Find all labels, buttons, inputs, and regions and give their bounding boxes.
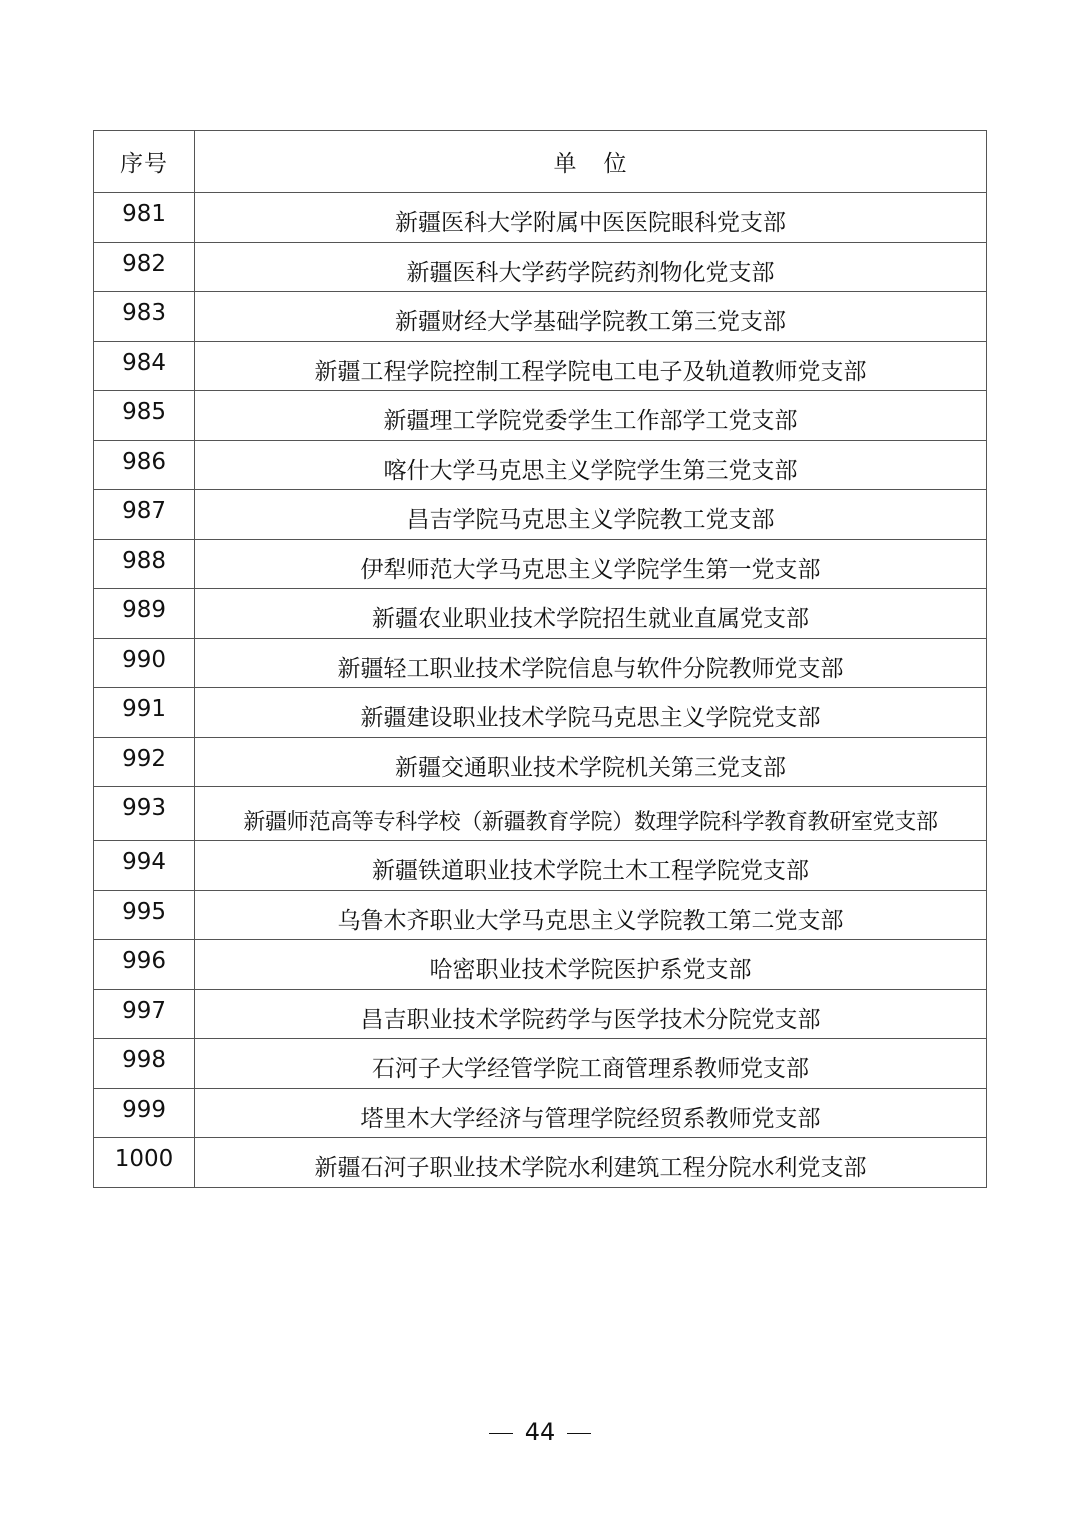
footer-dash-right — [567, 1433, 591, 1434]
row-unit: 昌吉职业技术学院药学与医学技术分院党支部 — [195, 989, 987, 1039]
row-unit: 石河子大学经管学院工商管理系教师党支部 — [195, 1039, 987, 1089]
row-number: 986 — [94, 440, 195, 490]
row-unit: 新疆轻工职业技术学院信息与软件分院教师党支部 — [195, 638, 987, 688]
header-unit: 单位 — [195, 131, 987, 193]
row-number: 981 — [94, 193, 195, 243]
table-row: 987 昌吉学院马克思主义学院教工党支部 — [94, 490, 987, 540]
table-row: 991 新疆建设职业技术学院马克思主义学院党支部 — [94, 688, 987, 738]
row-unit: 新疆工程学院控制工程学院电工电子及轨道教师党支部 — [195, 341, 987, 391]
row-number: 995 — [94, 890, 195, 940]
row-number: 988 — [94, 539, 195, 589]
row-number: 987 — [94, 490, 195, 540]
row-unit: 喀什大学马克思主义学院学生第三党支部 — [195, 440, 987, 490]
row-number: 999 — [94, 1088, 195, 1138]
row-unit: 新疆铁道职业技术学院土木工程学院党支部 — [195, 841, 987, 891]
row-unit: 新疆医科大学附属中医医院眼科党支部 — [195, 193, 987, 243]
row-unit: 昌吉学院马克思主义学院教工党支部 — [195, 490, 987, 540]
row-unit: 新疆理工学院党委学生工作部学工党支部 — [195, 391, 987, 441]
header-number: 序号 — [94, 131, 195, 193]
page-number: 44 — [525, 1418, 556, 1446]
row-unit: 新疆石河子职业技术学院水利建筑工程分院水利党支部 — [195, 1138, 987, 1188]
row-number: 991 — [94, 688, 195, 738]
row-number: 1000 — [94, 1138, 195, 1188]
row-unit: 新疆交通职业技术学院机关第三党支部 — [195, 737, 987, 787]
row-unit: 新疆师范高等专科学校（新疆教育学院）数理学院科学教育教研室党支部 — [195, 787, 987, 841]
row-number: 996 — [94, 940, 195, 990]
table-row: 996 哈密职业技术学院医护系党支部 — [94, 940, 987, 990]
row-number: 990 — [94, 638, 195, 688]
table-row: 989 新疆农业职业技术学院招生就业直属党支部 — [94, 589, 987, 639]
row-unit: 新疆财经大学基础学院教工第三党支部 — [195, 292, 987, 342]
table-row: 985 新疆理工学院党委学生工作部学工党支部 — [94, 391, 987, 441]
table-row: 1000 新疆石河子职业技术学院水利建筑工程分院水利党支部 — [94, 1138, 987, 1188]
table-row: 997 昌吉职业技术学院药学与医学技术分院党支部 — [94, 989, 987, 1039]
table-row: 981 新疆医科大学附属中医医院眼科党支部 — [94, 193, 987, 243]
row-number: 998 — [94, 1039, 195, 1089]
row-unit: 新疆医科大学药学院药剂物化党支部 — [195, 242, 987, 292]
table-header-row: 序号 单位 — [94, 131, 987, 193]
row-unit: 乌鲁木齐职业大学马克思主义学院教工第二党支部 — [195, 890, 987, 940]
table-row: 995 乌鲁木齐职业大学马克思主义学院教工第二党支部 — [94, 890, 987, 940]
table-row: 986 喀什大学马克思主义学院学生第三党支部 — [94, 440, 987, 490]
table-row: 993 新疆师范高等专科学校（新疆教育学院）数理学院科学教育教研室党支部 — [94, 787, 987, 841]
row-number: 992 — [94, 737, 195, 787]
row-unit: 哈密职业技术学院医护系党支部 — [195, 940, 987, 990]
row-number: 984 — [94, 341, 195, 391]
table-row: 983 新疆财经大学基础学院教工第三党支部 — [94, 292, 987, 342]
table-row: 992 新疆交通职业技术学院机关第三党支部 — [94, 737, 987, 787]
header-unit-part2: 位 — [604, 151, 628, 177]
row-number: 982 — [94, 242, 195, 292]
table-row: 982 新疆医科大学药学院药剂物化党支部 — [94, 242, 987, 292]
table-row: 994 新疆铁道职业技术学院土木工程学院党支部 — [94, 841, 987, 891]
row-number: 997 — [94, 989, 195, 1039]
row-unit: 新疆农业职业技术学院招生就业直属党支部 — [195, 589, 987, 639]
row-number: 985 — [94, 391, 195, 441]
row-number: 993 — [94, 787, 195, 841]
row-number: 983 — [94, 292, 195, 342]
row-number: 994 — [94, 841, 195, 891]
units-table: 序号 单位 981 新疆医科大学附属中医医院眼科党支部 982 新疆医科大学药学… — [93, 130, 987, 1188]
page-footer: 44 — [0, 1418, 1080, 1446]
row-number: 989 — [94, 589, 195, 639]
footer-dash-left — [489, 1433, 513, 1434]
row-unit: 伊犁师范大学马克思主义学院学生第一党支部 — [195, 539, 987, 589]
table-row: 988 伊犁师范大学马克思主义学院学生第一党支部 — [94, 539, 987, 589]
table-row: 984 新疆工程学院控制工程学院电工电子及轨道教师党支部 — [94, 341, 987, 391]
table-row: 998 石河子大学经管学院工商管理系教师党支部 — [94, 1039, 987, 1089]
header-unit-part1: 单 — [554, 151, 578, 177]
row-unit: 塔里木大学经济与管理学院经贸系教师党支部 — [195, 1088, 987, 1138]
table-row: 999 塔里木大学经济与管理学院经贸系教师党支部 — [94, 1088, 987, 1138]
row-unit: 新疆建设职业技术学院马克思主义学院党支部 — [195, 688, 987, 738]
table-row: 990 新疆轻工职业技术学院信息与软件分院教师党支部 — [94, 638, 987, 688]
